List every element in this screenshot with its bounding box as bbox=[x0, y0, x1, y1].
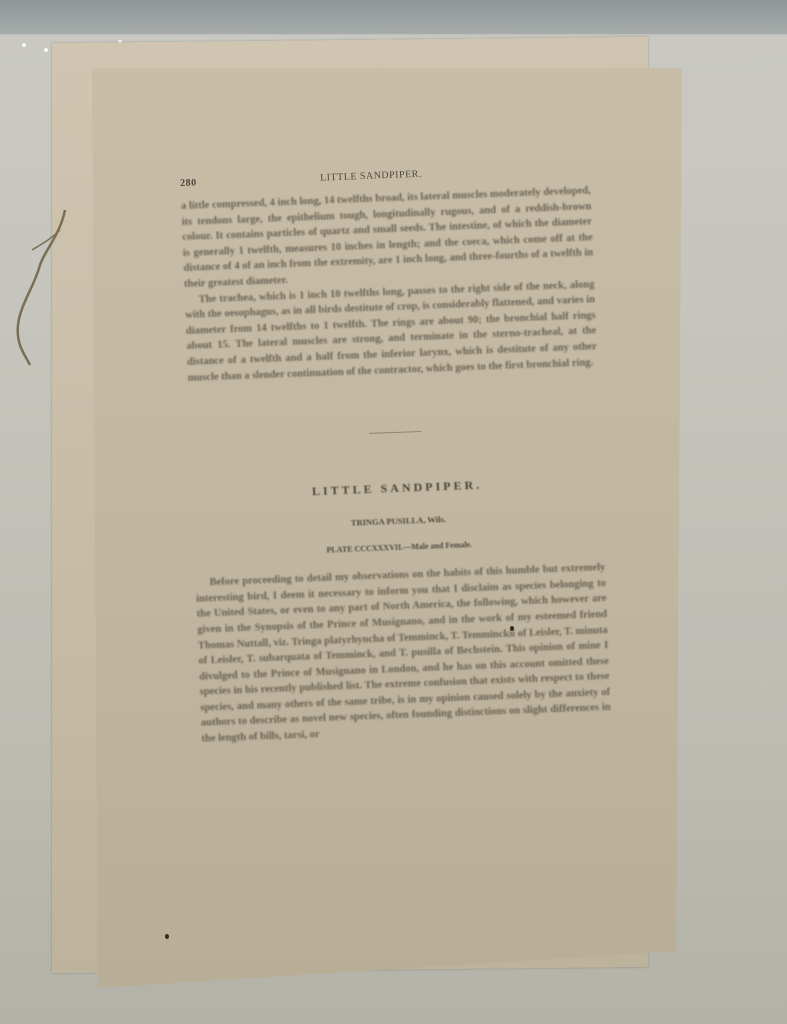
species-name: TRINGA PUSILLA, Wils. bbox=[193, 508, 603, 534]
plate-caption: PLATE CCCXXXVII.—Male and Female. bbox=[194, 535, 604, 560]
paragraph: Before proceeding to detail my observati… bbox=[195, 560, 611, 747]
paragraph: The trachea, which is 1 inch 10 twelfths… bbox=[184, 277, 597, 386]
light-glint bbox=[44, 48, 48, 52]
ink-spot bbox=[165, 934, 169, 939]
wall-top bbox=[0, 0, 787, 34]
top-text-block: a little compressed, 4 inch long, 14 twe… bbox=[181, 183, 598, 386]
loose-thread bbox=[10, 205, 70, 370]
light-glint bbox=[22, 43, 26, 47]
ink-spot bbox=[510, 626, 514, 631]
paragraph: a little compressed, 4 inch long, 14 twe… bbox=[181, 183, 594, 292]
printed-page: 280 LITTLE SANDPIPER. a little compresse… bbox=[180, 162, 612, 747]
section-divider bbox=[369, 431, 421, 434]
section-title: LITTLE SANDPIPER. bbox=[192, 473, 602, 504]
bottom-text-block: Before proceeding to detail my observati… bbox=[195, 560, 611, 747]
